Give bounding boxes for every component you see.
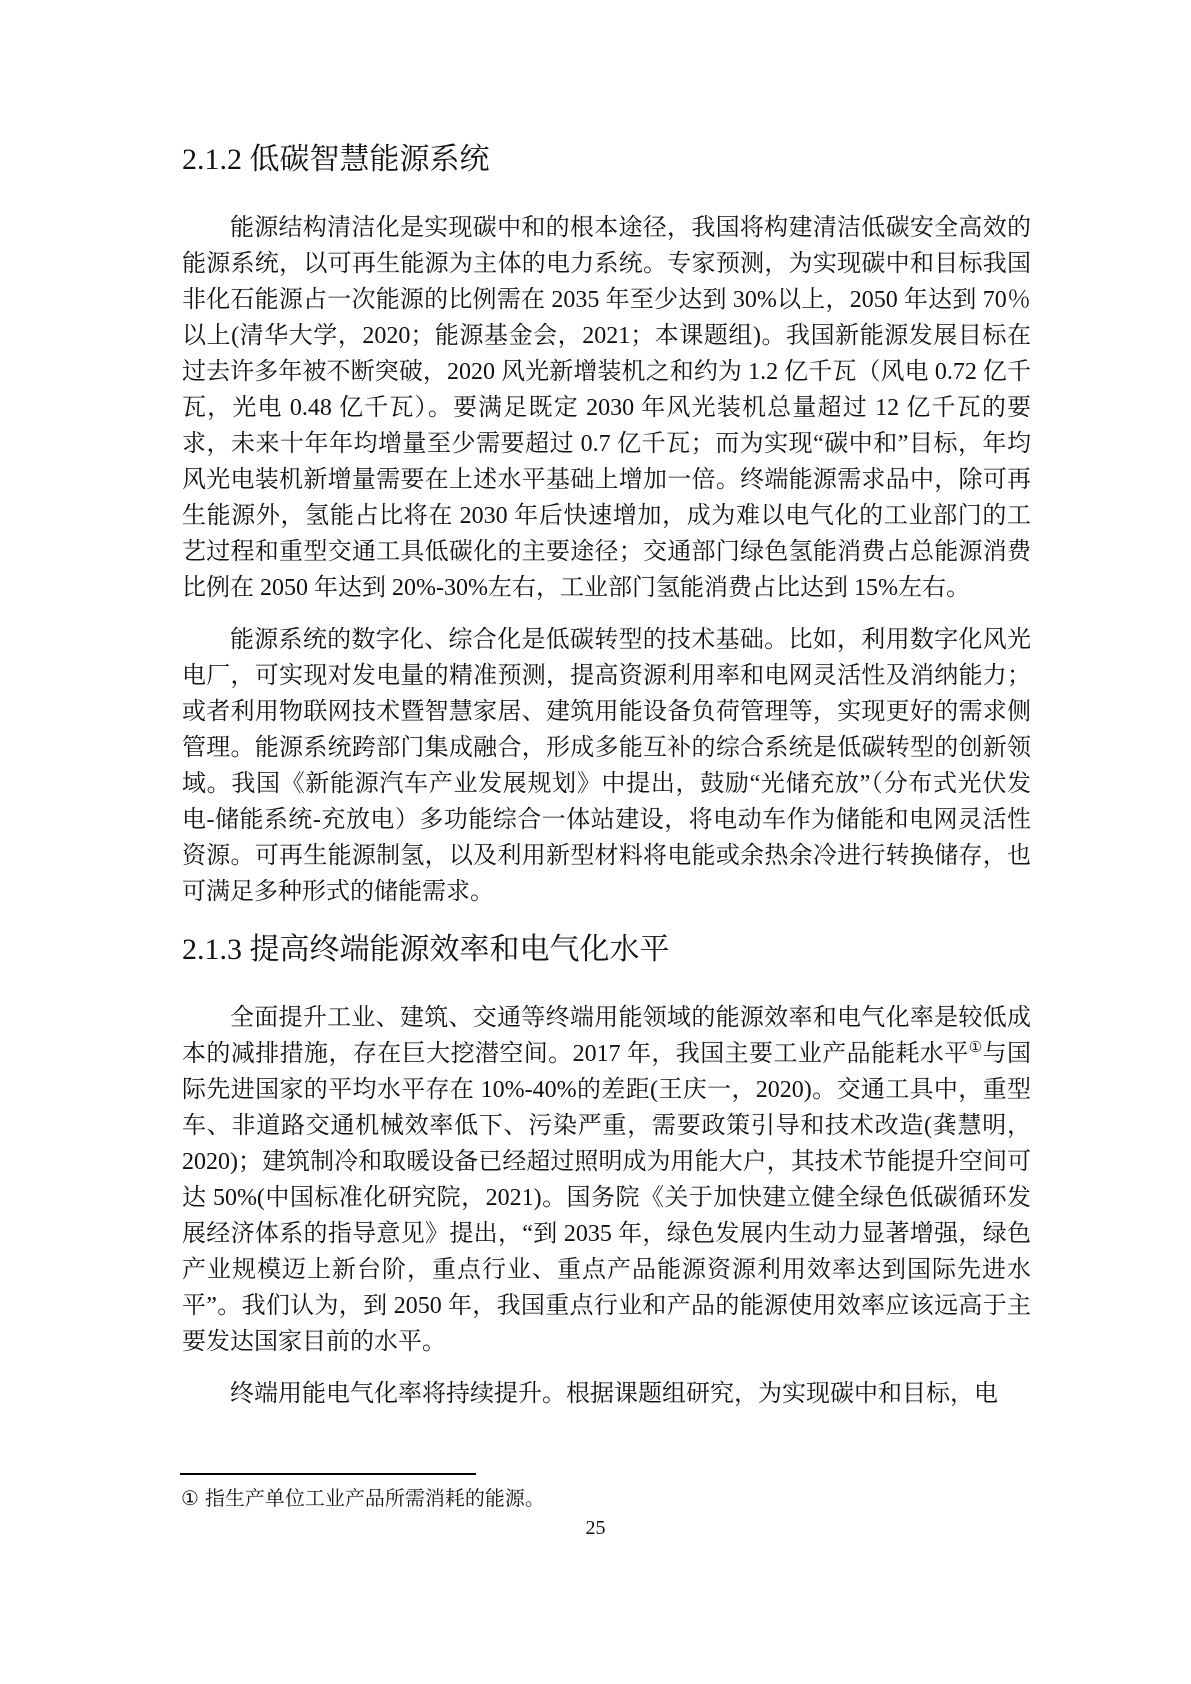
paragraph: 能源结构清洁化是实现碳中和的根本途径，我国将构建清洁低碳安全高效的能源系统，以可… — [182, 210, 1031, 606]
paragraph-text: 能源系统的数字化、综合化是低碳转型的技术基础。比如，利用数字化风光电厂，可实现对… — [182, 627, 1031, 905]
footnote-text: 指生产单位工业产品所需消耗的能源。 — [205, 1488, 545, 1510]
footnote-reference: ① — [969, 1040, 983, 1056]
paragraph: 能源系统的数字化、综合化是低碳转型的技术基础。比如，利用数字化风光电厂，可实现对… — [182, 622, 1031, 910]
paragraph: 全面提升工业、建筑、交通等终端用能领域的能源效率和电气化率是较低成本的减排措施，… — [182, 1000, 1031, 1360]
paragraph-text: 与国际先进国家的平均水平存在 10%-40%的差距(王庆一，2020)。交通工具… — [182, 1041, 1031, 1355]
paragraph: 终端用能电气化率将持续提升。根据课题组研究，为实现碳中和目标，电 — [182, 1376, 1031, 1412]
paragraph-text: 终端用能电气化率将持续提升。根据课题组研究，为实现碳中和目标，电 — [230, 1381, 998, 1407]
section-heading: 2.1.2 低碳智慧能源系统 — [182, 140, 1031, 180]
page-number: 25 — [0, 1516, 1191, 1540]
section-heading: 2.1.3 提高终端能源效率和电气化水平 — [182, 930, 1031, 970]
document-body: 2.1.2 低碳智慧能源系统能源结构清洁化是实现碳中和的根本途径，我国将构建清洁… — [182, 140, 1031, 1428]
paragraph-text: 能源结构清洁化是实现碳中和的根本途径，我国将构建清洁低碳安全高效的能源系统，以可… — [182, 215, 1031, 601]
paragraph-text: 全面提升工业、建筑、交通等终端用能领域的能源效率和电气化率是较低成本的减排措施，… — [182, 1005, 1031, 1067]
footnote-marker: ① — [181, 1488, 199, 1510]
footnote: ①指生产单位工业产品所需消耗的能源。 — [181, 1486, 545, 1513]
footnote-separator — [180, 1473, 476, 1475]
document-page: 2.1.2 低碳智慧能源系统能源结构清洁化是实现碳中和的根本途径，我国将构建清洁… — [0, 0, 1191, 1684]
